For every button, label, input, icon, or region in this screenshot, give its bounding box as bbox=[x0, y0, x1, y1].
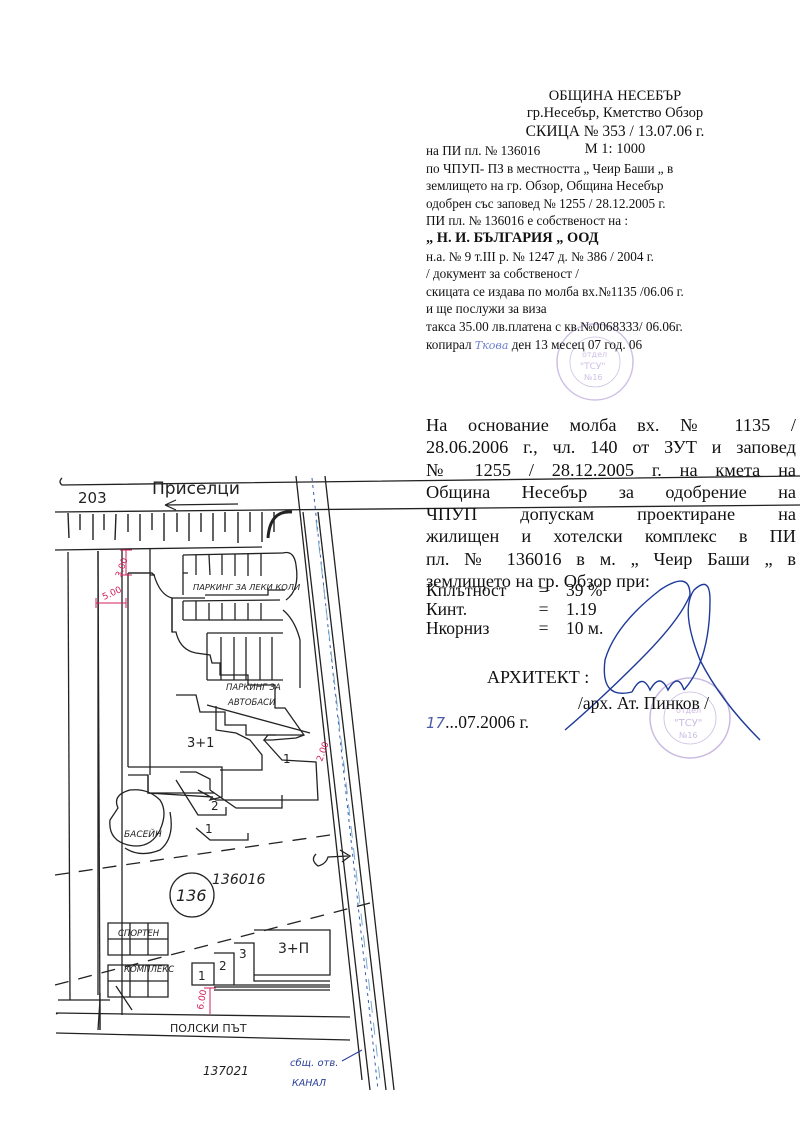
sport-label-1: СПОРТЕН bbox=[118, 929, 160, 939]
parameter-kint: Кинт. = 1.19 bbox=[426, 600, 626, 619]
copied-line: копирал Ткова ден 13 месец 07 год. 06 bbox=[426, 336, 798, 355]
building-parameters: Кплътност = 39 % Кинт. = 1.19 Нкорниз = … bbox=[426, 581, 626, 638]
info-line: н.а. № 9 т.III р. № 1247 д. № 386 / 2004… bbox=[426, 248, 798, 266]
floor-3-label-south: 3 bbox=[239, 947, 247, 961]
floor-1-label-south: 1 bbox=[198, 969, 206, 983]
plot-info: на ПИ пл. № 136016 по ЧПУП- ПЗ в местнос… bbox=[426, 142, 798, 354]
floor-1-label-east: 1 bbox=[283, 752, 291, 766]
dimension-6m: 6.00 bbox=[196, 989, 209, 1011]
parking-cars-label: ПАРКИНГ ЗА ЛЕКИ КОЛИ bbox=[193, 582, 300, 592]
info-line: / документ за собственост / bbox=[426, 265, 798, 283]
parameter-density: Кплътност = 39 % bbox=[426, 581, 626, 600]
parameter-cornice-height: Нкорниз = 10 м. bbox=[426, 619, 626, 638]
plot-circle-label: 136 bbox=[176, 886, 207, 905]
info-line: землището на гр. Обзор, Община Несебър bbox=[426, 177, 798, 195]
field-road-label: ПОЛСКИ ПЪТ bbox=[170, 1022, 247, 1035]
issue-date-printed: ...07.2006 г. bbox=[445, 712, 529, 732]
sport-label-2: КОМПЛЕКС bbox=[124, 965, 174, 975]
neighbor-plot-label: 137021 bbox=[203, 1064, 249, 1078]
info-line: по ЧПУП- ПЗ в местността „ Чеир Баши „ в bbox=[426, 160, 798, 178]
street-name-label: Приселци bbox=[152, 479, 240, 499]
parking-buses-label-2: АВТОБАСИ bbox=[227, 698, 276, 708]
parameter-name: Кинт. bbox=[426, 600, 521, 619]
svg-text:"ТСУ": "ТСУ" bbox=[674, 718, 702, 729]
svg-text:"ТСУ": "ТСУ" bbox=[580, 362, 606, 372]
document-page: 203 Приселци ПАРКИНГ ЗА ЛЕКИ КОЛИ ПАРКИН… bbox=[0, 0, 800, 1144]
copied-signature: Ткова bbox=[475, 339, 509, 352]
parameter-eq: = bbox=[521, 619, 566, 638]
copied-label: копирал bbox=[426, 337, 472, 352]
info-line: на ПИ пл. № 136016 bbox=[426, 142, 798, 160]
paragraph-line: пл. № 136016 в м. „ Чеир Баши „ в bbox=[426, 548, 796, 570]
building-main-label: 3+1 bbox=[187, 736, 214, 751]
issue-date-handwritten-day: 17 bbox=[426, 714, 445, 732]
paragraph-line: На основание молба вх. № 1135 / bbox=[426, 414, 796, 436]
paragraph-line: 28.06.2006 г., чл. 140 от ЗУТ и заповед bbox=[426, 436, 796, 458]
plot-number-label: 136016 bbox=[212, 872, 266, 888]
paragraph-line: Община Несебър за одобрение на bbox=[426, 481, 796, 503]
parameter-eq: = bbox=[521, 600, 566, 619]
dimension-2m: 2.00 bbox=[315, 741, 331, 764]
parameter-eq: = bbox=[521, 581, 566, 600]
copied-date: ден 13 месец 07 год. 06 bbox=[512, 337, 642, 352]
parameter-value: 10 м. bbox=[566, 619, 626, 638]
paragraph-line: жилищен и хотелски комплекс в ПИ bbox=[426, 525, 796, 547]
street-number-label: 203 bbox=[78, 489, 107, 507]
architect-name: /арх. Ат. Пинков / bbox=[578, 693, 709, 714]
parameter-name: Кплътност bbox=[426, 581, 521, 600]
info-line: и ще послужи за виза bbox=[426, 300, 798, 318]
svg-text:№16: №16 bbox=[679, 731, 698, 740]
paragraph-line: ЧПУП допускам проектиране на bbox=[426, 503, 796, 525]
permission-paragraph: На основание молба вх. № 1135 / 28.06.20… bbox=[426, 414, 796, 592]
info-line: скицата се издава по молба вх.№1135 /06.… bbox=[426, 283, 798, 301]
parameter-name: Нкорниз bbox=[426, 619, 521, 638]
floor-2-label: 2 bbox=[211, 799, 219, 813]
parameter-value: 39 % bbox=[566, 581, 626, 600]
municipality-title: ОБЩИНА НЕСЕБЪР bbox=[430, 88, 800, 105]
pool-label: БАСЕЙН bbox=[124, 828, 162, 840]
canal-label-2: КАНАЛ bbox=[292, 1078, 326, 1089]
floor-1-label-west: 1 bbox=[205, 822, 213, 836]
info-line: одобрен със заповед № 1255 / 28.12.2005 … bbox=[426, 195, 798, 213]
building-south-label: 3+П bbox=[278, 941, 309, 957]
canal-label-1: сбщ. отв. bbox=[290, 1057, 338, 1069]
architect-title: АРХИТЕКТ : bbox=[487, 667, 589, 688]
dimension-5m: 5.00 bbox=[101, 585, 124, 603]
parameter-value: 1.19 bbox=[566, 600, 626, 619]
paragraph-line: № 1255 / 28.12.2005 г. на кмета на bbox=[426, 459, 796, 481]
floor-2-label-south: 2 bbox=[219, 959, 227, 973]
issue-date: 17...07.2006 г. bbox=[426, 712, 529, 733]
info-line: ПИ пл. № 136016 е собственост на : bbox=[426, 212, 798, 230]
owner-name: „ Н. И. БЪЛГАРИЯ „ ООД bbox=[426, 230, 798, 248]
sketch-number: СКИЦА № 353 / 13.07.06 г. bbox=[430, 122, 800, 141]
svg-text:№16: №16 bbox=[584, 373, 603, 382]
info-line: такса 35.00 лв.платена с кв.№0068333/ 06… bbox=[426, 318, 798, 336]
parking-buses-label-1: ПАРКИНГ ЗА bbox=[226, 683, 281, 693]
office-subtitle: гр.Несебър, Кметство Обзор bbox=[430, 105, 800, 122]
